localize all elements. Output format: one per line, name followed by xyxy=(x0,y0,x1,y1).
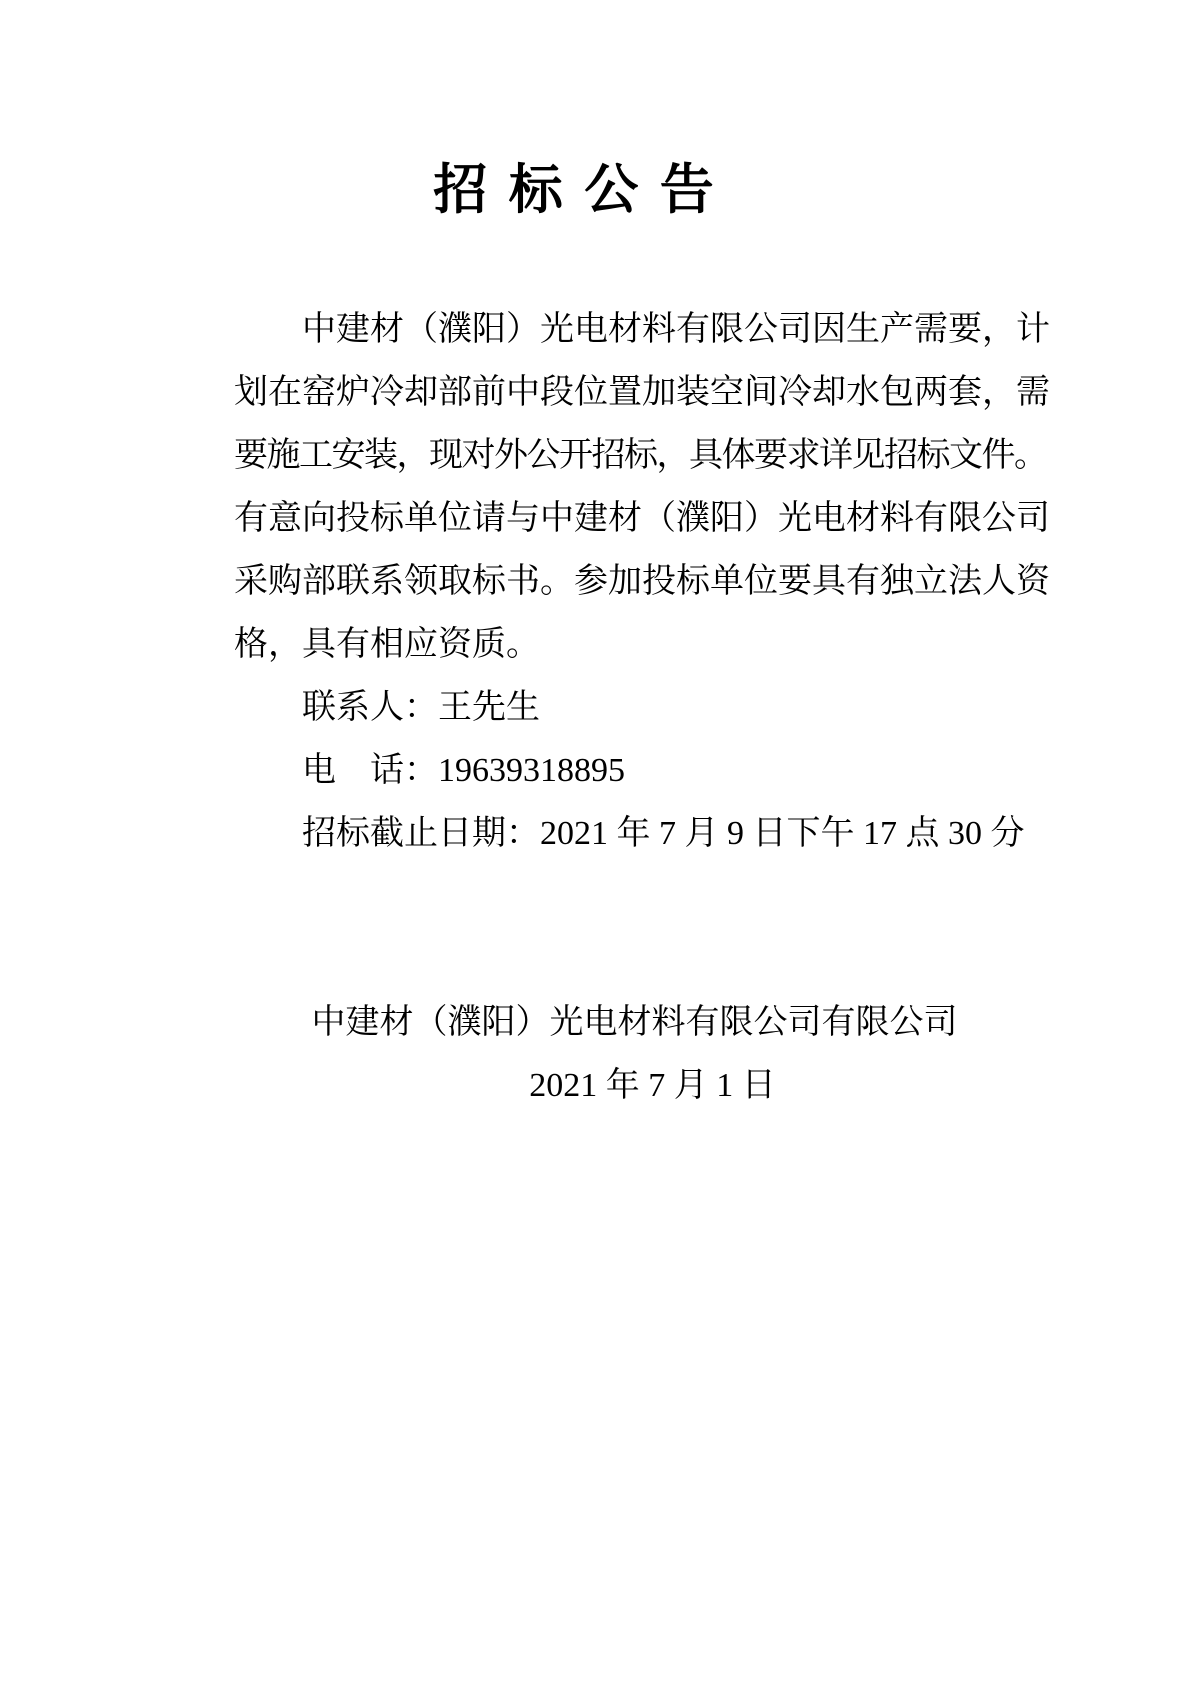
document-page: 招 标 公 告 中建材（濮阳）光电材料有限公司因生产需要，计 划在窑炉冷却部前中… xyxy=(0,0,1191,1684)
paragraph-line: 要施工安装，现对外公开招标，具体要求详见招标文件。 xyxy=(234,424,1035,487)
blank-lines-spacer xyxy=(234,865,1035,991)
signature-date: 2021 年 7 月 1 日 xyxy=(234,1054,1035,1117)
document-body: 中建材（濮阳）光电材料有限公司因生产需要，计 划在窑炉冷却部前中段位置加装空间冷… xyxy=(234,298,1035,1117)
contact-person-line: 联系人：王先生 xyxy=(234,676,1035,739)
page-title: 招 标 公 告 xyxy=(0,150,1171,230)
signature-company: 中建材（濮阳）光电材料有限公司有限公司 xyxy=(234,991,1035,1054)
paragraph-line: 划在窑炉冷却部前中段位置加装空间冷却水包两套，需 xyxy=(234,361,1035,424)
paragraph-line: 格，具有相应资质。 xyxy=(234,613,1035,676)
paragraph-line: 采购部联系领取标书。参加投标单位要具有独立法人资 xyxy=(234,550,1035,613)
contact-phone-line: 电 话：19639318895 xyxy=(234,739,1035,802)
paragraph-line: 有意向投标单位请与中建材（濮阳）光电材料有限公司 xyxy=(234,487,1035,550)
paragraph-line: 中建材（濮阳）光电材料有限公司因生产需要，计 xyxy=(234,298,1035,361)
bid-deadline-line: 招标截止日期：2021 年 7 月 9 日下午 17 点 30 分 xyxy=(234,802,1035,865)
